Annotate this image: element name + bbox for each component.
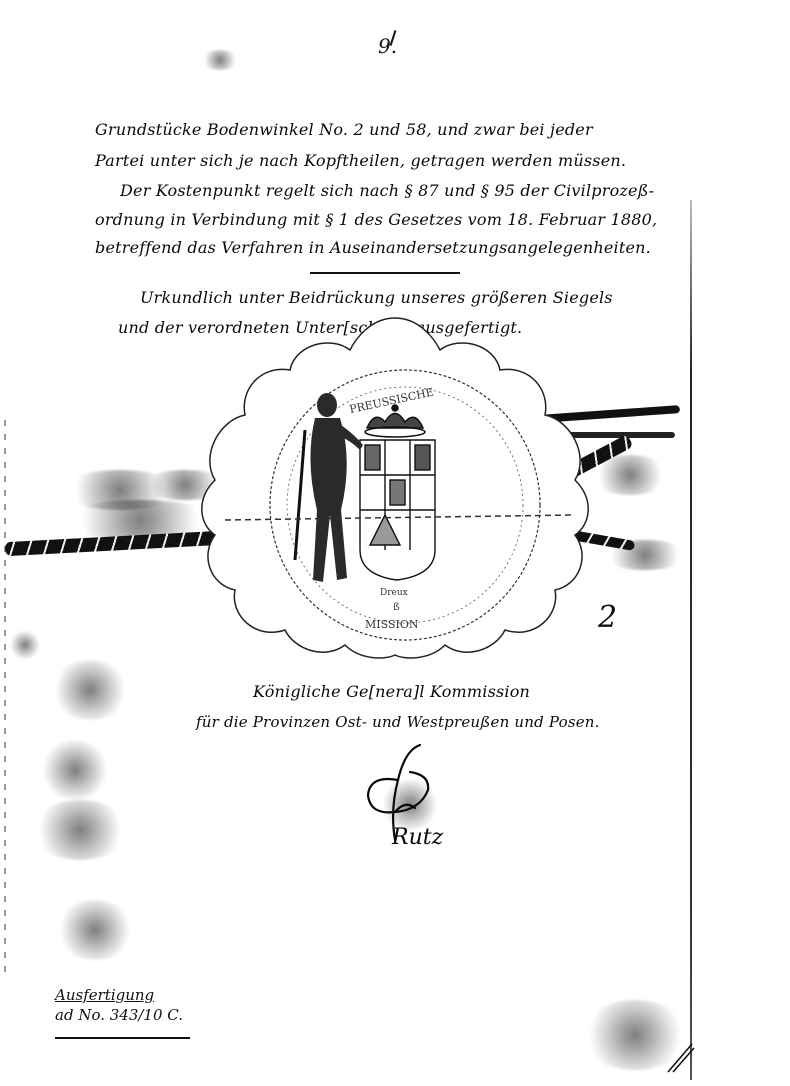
- marginal-note: 2: [598, 600, 617, 635]
- body-line: Grundstücke Bodenwinkel No. 2 und 58, un…: [95, 120, 593, 139]
- signature: Rutz: [350, 740, 470, 850]
- svg-text:MISSION: MISSION: [365, 618, 419, 631]
- signature-text: Rutz: [391, 825, 444, 850]
- seal-emblem-icon: PREUSSISCHE MISSION: [195, 310, 595, 660]
- footer-line: Ausfertigung: [55, 985, 183, 1005]
- attestation-line: Urkundlich unter Beidrückung unseres grö…: [140, 288, 613, 307]
- scan-noise: [40, 740, 110, 800]
- body-line: Partei unter sich je nach Kopftheilen, g…: [95, 151, 626, 170]
- body-line: betreffend das Verfahren in Auseinanders…: [95, 238, 651, 257]
- document-page: 9. Grundstücke Bodenwinkel No. 2 und 58,…: [0, 0, 790, 1086]
- footer-reference: Ausfertigung ad No. 343/10 C.: [55, 985, 183, 1025]
- page-right-edge: [690, 200, 692, 1080]
- scan-noise: [200, 50, 240, 70]
- page-left-edge: [4, 420, 6, 980]
- signature-flourish-icon: Rutz: [350, 740, 470, 850]
- svg-text:Dreux: Dreux: [380, 588, 408, 598]
- page-number: 9.: [378, 34, 397, 58]
- scan-noise: [50, 660, 130, 720]
- corner-slash-icon: [665, 1040, 695, 1074]
- body-line: Der Kostenpunkt regelt sich nach § 87 un…: [120, 181, 654, 200]
- svg-text:ß: ß: [393, 602, 400, 613]
- scan-noise: [55, 900, 135, 960]
- official-seal: PREUSSISCHE MISSION: [195, 310, 595, 660]
- authority-line: Königliche Ge[nera]l Kommission: [253, 682, 530, 701]
- footer-line: ad No. 343/10 C.: [55, 1005, 183, 1025]
- scan-noise: [10, 630, 40, 660]
- authority-line: für die Provinzen Ost- und Westpreußen u…: [196, 713, 600, 731]
- footer-underline: [55, 1037, 190, 1039]
- section-divider: [310, 272, 460, 274]
- body-line: ordnung in Verbindung mit § 1 des Gesetz…: [95, 210, 657, 229]
- scan-noise: [30, 800, 130, 860]
